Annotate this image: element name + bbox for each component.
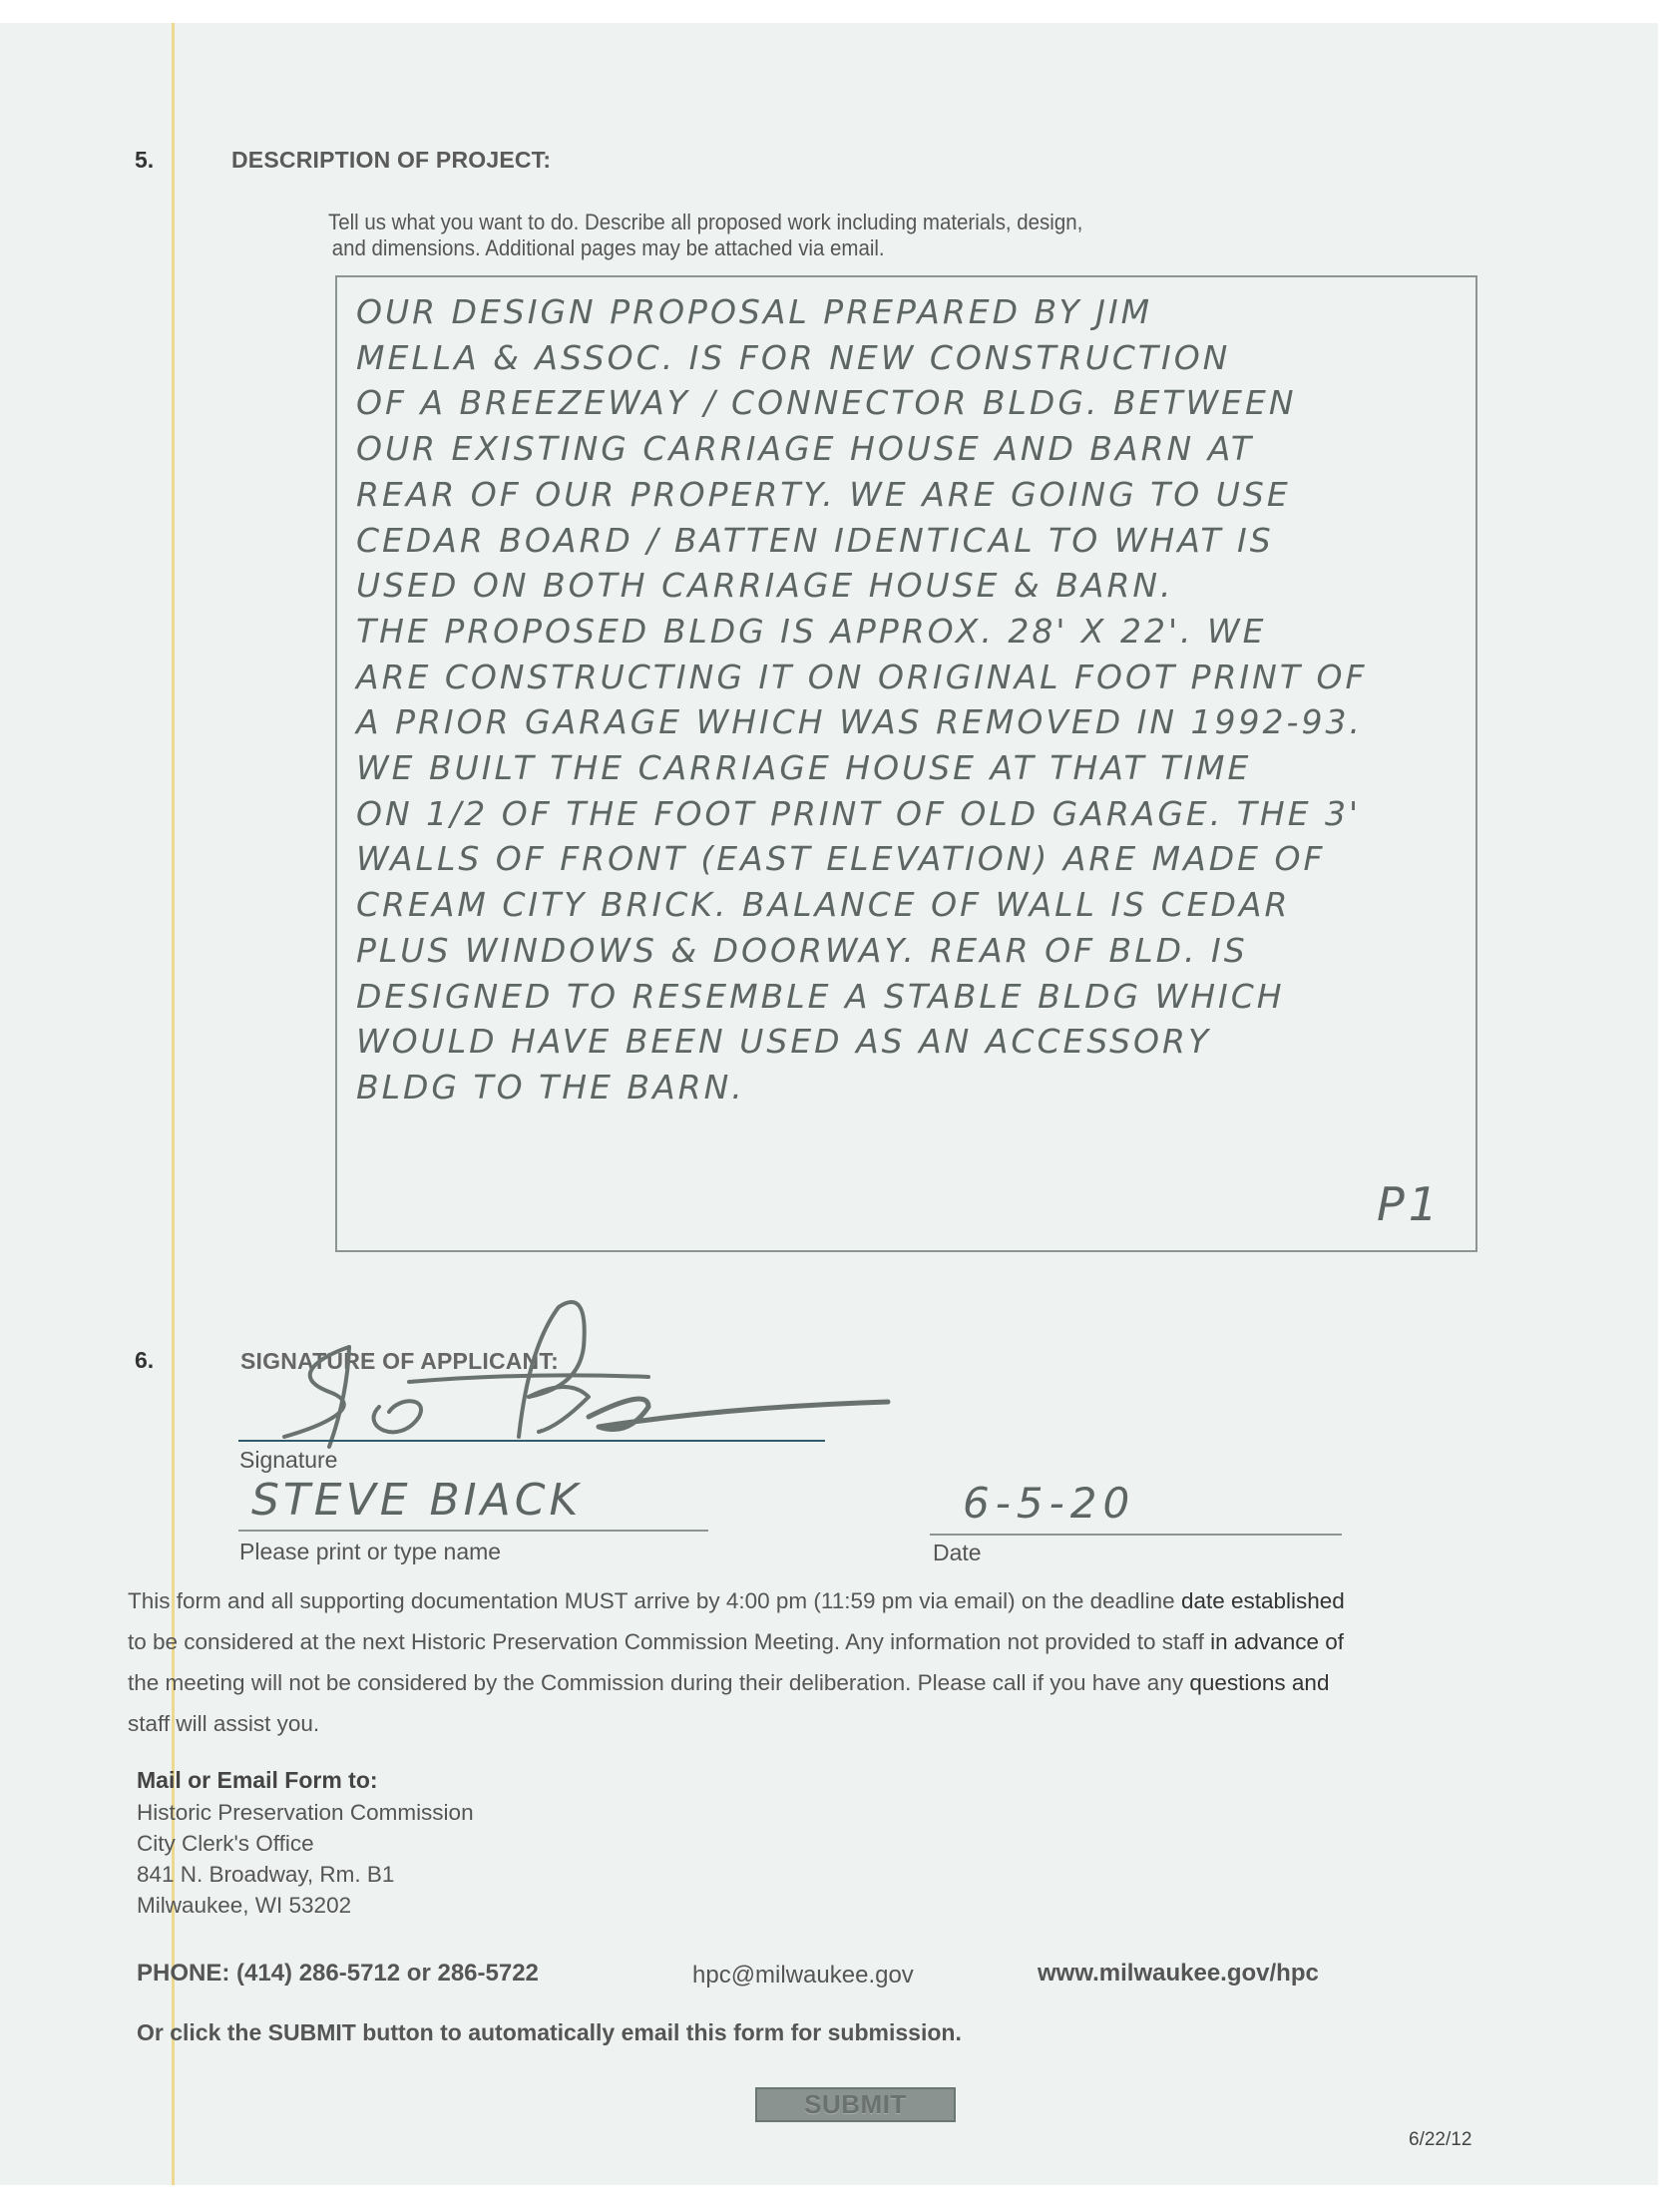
printed-name-label: Please print or type name [239, 1539, 501, 1565]
handwritten-line: our existing carriage house and barn at [356, 426, 1553, 472]
section-5-instructions: Tell us what you want to do. Describe al… [328, 210, 1442, 261]
handwritten-line: designed to resemble a stable bldg which [356, 974, 1553, 1020]
handwritten-line: Our design proposal prepared by Jim [356, 289, 1553, 335]
website-link[interactable]: www.milwaukee.gov/hpc [1038, 1960, 1319, 1988]
handwritten-line: would have been used as an accessory [356, 1019, 1553, 1065]
address-line-2: City Clerk's Office [137, 1828, 474, 1859]
address-line-3: 841 N. Broadway, Rm. B1 [137, 1859, 474, 1890]
address-line-1: Historic Preservation Commission [137, 1797, 474, 1828]
submission-notice: This form and all supporting documentati… [128, 1580, 1664, 1744]
page-mark: P1 [1377, 1177, 1442, 1231]
section-5-number: 5. [135, 147, 154, 174]
handwritten-line: bldg to the barn. [356, 1065, 1553, 1110]
section-6-number: 6. [135, 1347, 154, 1374]
submit-instruction: Or click the SUBMIT button to automatica… [137, 2019, 962, 2046]
notice-line-2-end: in advance of [1210, 1629, 1344, 1654]
mailing-address: Historic Preservation Commission City Cl… [137, 1797, 474, 1921]
handwritten-line: plus windows & doorway. Rear of bld. is [356, 928, 1553, 974]
handwritten-line: Mella & Assoc. is for new construction [356, 335, 1553, 381]
project-description-text: Our design proposal prepared by JimMella… [356, 289, 1553, 1110]
date-line [930, 1534, 1342, 1536]
signature-line[interactable] [238, 1440, 825, 1442]
address-line-4: Milwaukee, WI 53202 [137, 1890, 474, 1921]
phone-numbers: PHONE: (414) 286-5712 or 286-5722 [137, 1960, 539, 1988]
submit-button[interactable]: SUBMIT [755, 2087, 956, 2122]
notice-line-1-end: date established [1181, 1588, 1345, 1613]
notice-line-3: the meeting will not be considered by th… [128, 1670, 1189, 1695]
email-link[interactable]: hpc@milwaukee.gov [692, 1962, 914, 1990]
notice-line-3-end: questions and [1189, 1670, 1329, 1695]
handwritten-line: The proposed bldg is approx. 28' x 22'. … [356, 609, 1553, 655]
instructions-line-1: Tell us what you want to do. Describe al… [328, 210, 1442, 235]
date-label: Date [933, 1540, 982, 1566]
notice-line-4: staff will assist you. [128, 1703, 1664, 1744]
handwritten-line: rear of our property. We are going to us… [356, 472, 1553, 518]
date-value[interactable]: 6-5-20 [963, 1479, 1135, 1528]
handwritten-line: We built the carriage house at that time [356, 745, 1553, 791]
printed-name-value[interactable]: Steve Biack [251, 1475, 582, 1526]
form-revision-date: 6/22/12 [1409, 2129, 1471, 2151]
handwritten-line: of a breezeway / connector bldg. between [356, 380, 1553, 426]
handwritten-line: a prior garage which was removed in 1992… [356, 699, 1553, 745]
handwritten-line: walls of front (east elevation) are made… [356, 836, 1553, 882]
handwritten-line: cedar board / batten identical to what i… [356, 518, 1553, 564]
printed-name-line [238, 1530, 708, 1532]
mailing-heading: Mail or Email Form to: [137, 1767, 378, 1794]
handwritten-line: on 1/2 of the foot print of old garage. … [356, 791, 1553, 837]
handwritten-line: are constructing it on original foot pri… [356, 655, 1553, 700]
section-5-heading: DESCRIPTION OF PROJECT: [231, 147, 551, 174]
handwritten-line: cream city brick. Balance of wall is ced… [356, 882, 1553, 928]
notice-line-1: This form and all supporting documentati… [128, 1588, 1181, 1613]
instructions-line-2: and dimensions. Additional pages may be … [328, 235, 1442, 261]
signature-label: Signature [239, 1447, 337, 1474]
handwritten-line: used on both carriage house & barn. [356, 563, 1553, 609]
notice-line-2: to be considered at the next Historic Pr… [128, 1629, 1210, 1654]
